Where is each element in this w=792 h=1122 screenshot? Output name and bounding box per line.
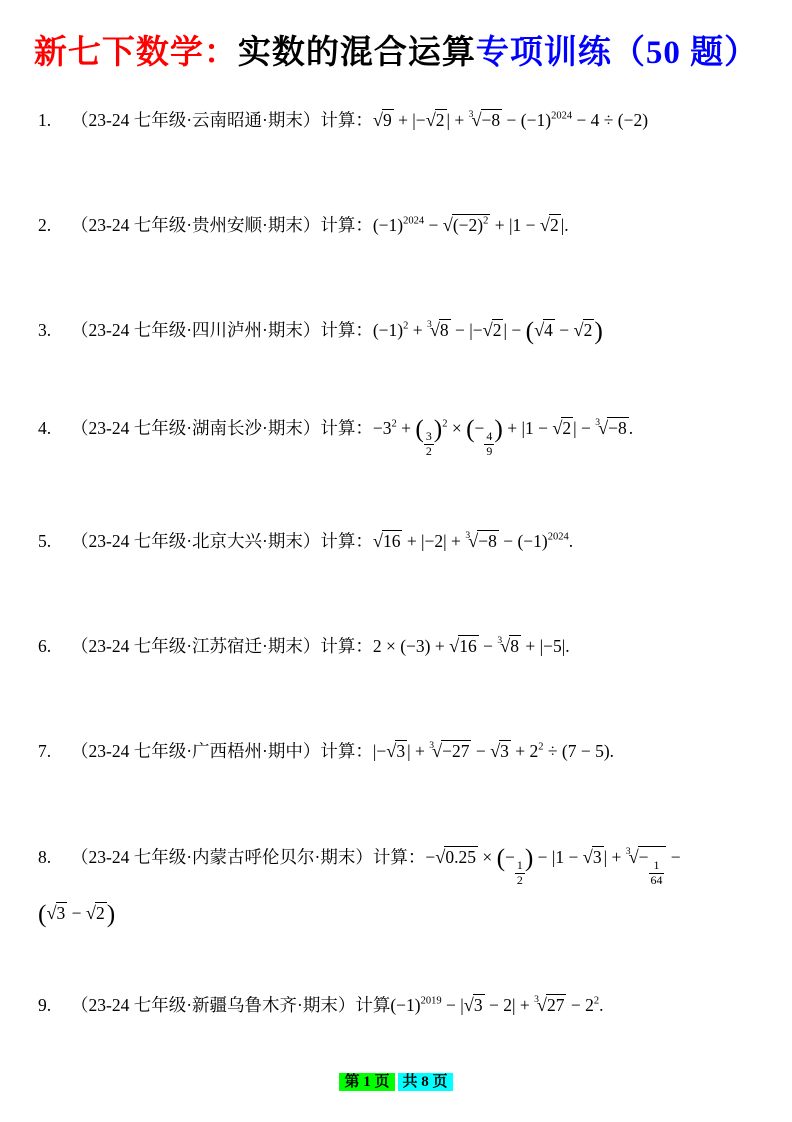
square-root: √2 (483, 316, 504, 344)
title-segment-blue: 专项训练（50 题） (476, 35, 758, 71)
problem-expression: |−√3| + 3√−27 − √3 + 22 ÷ (7 − 5). (373, 741, 614, 761)
problem-body: （23-24 七年级·内蒙古呼伦贝尔·期末）计算：−√0.25 × (−12) … (71, 843, 754, 887)
problem-source: （23-24 七年级·湖南长沙·期末）计算： (71, 418, 373, 438)
problem-source: （23-24 七年级·广西梧州·期中）计算： (71, 741, 373, 761)
problem: 9. （23-24 七年级·新疆乌鲁木齐·期末）计算(−1)2019 − |√3… (38, 991, 754, 1019)
page-number-badge: 第 1 页 (339, 1073, 394, 1091)
big-paren: ) (525, 847, 533, 870)
problem-body: （23-24 七年级·北京大兴·期末）计算：√16 + |−2| + 3√−8 … (71, 527, 754, 555)
square-root: √2 (552, 414, 573, 442)
problem-number: 2. (38, 212, 71, 239)
square-root: √2 (426, 106, 447, 134)
fraction: 12 (515, 859, 525, 887)
problem-body: （23-24 七年级·云南昭通·期末）计算：√9 + |−√2| + 3√−8 … (71, 106, 754, 134)
problem: 4. （23-24 七年级·湖南长沙·期末）计算：−32 + (32)2 × (… (38, 414, 754, 458)
problem: 3. （23-24 七年级·四川泸州·期末）计算：(−1)2 + 3√8 − |… (38, 316, 754, 344)
big-paren: ) (434, 418, 442, 441)
problem-number: 7. (38, 738, 71, 765)
problem: 1. （23-24 七年级·云南昭通·期末）计算：√9 + |−√2| + 3√… (38, 106, 754, 134)
square-root: √3 (583, 843, 604, 871)
problem-row: 7. （23-24 七年级·广西梧州·期中）计算：|−√3| + 3√−27 −… (38, 737, 754, 765)
problem-body: （23-24 七年级·新疆乌鲁木齐·期末）计算(−1)2019 − |√3 − … (71, 991, 754, 1019)
problem-expression: √9 + |−√2| + 3√−8 − (−1)2024 − 4 ÷ (−2) (373, 110, 648, 130)
big-paren: ) (494, 418, 502, 441)
problem-expression: (−1)2 + 3√8 − |−√2| − (√4 − √2) (373, 320, 603, 340)
problem-row: 3. （23-24 七年级·四川泸州·期末）计算：(−1)2 + 3√8 − |… (38, 316, 754, 344)
problem-expression: (−1)2019 − |√3 − 2| + 3√27 − 22. (390, 995, 603, 1015)
problem-expression: −√0.25 × (−12) − |1 − √3| + 3√−164 − (425, 847, 680, 867)
problem-source: （23-24 七年级·云南昭通·期末）计算： (71, 110, 373, 130)
superscript: 2 (442, 419, 447, 430)
square-root: √4 (534, 316, 555, 344)
cube-root: 3√−164 (626, 843, 667, 887)
square-root: √2 (86, 899, 107, 927)
square-root: √2 (540, 211, 561, 239)
square-root: √3 (386, 737, 407, 765)
problem-body: （23-24 七年级·贵州安顺·期末）计算：(−1)2024 − √(−2)2 … (71, 211, 754, 239)
problem-number: 4. (38, 415, 71, 442)
problem: 8. （23-24 七年级·内蒙古呼伦贝尔·期末）计算：−√0.25 × (−1… (38, 843, 754, 928)
big-paren: ( (38, 903, 46, 926)
cube-root: 3√−8 (469, 106, 503, 134)
cube-root: 3√−8 (465, 527, 499, 555)
problem-body: （23-24 七年级·江苏宿迁·期末）计算：2 × (−3) + √16 − 3… (71, 632, 754, 660)
square-root: √16 (373, 527, 403, 555)
fraction: 49 (484, 430, 494, 458)
square-root: √16 (449, 632, 479, 660)
square-root: √9 (373, 106, 394, 134)
square-root: √3 (46, 899, 67, 927)
square-root: √3 (490, 737, 511, 765)
problem-expression: −32 + (32)2 × (−49) + |1 − √2| − 3√−8. (373, 418, 633, 438)
problem-row: 5. （23-24 七年级·北京大兴·期末）计算：√16 + |−2| + 3√… (38, 527, 754, 555)
fraction: 164 (649, 859, 665, 887)
superscript: 2 (403, 321, 408, 332)
problem-source: （23-24 七年级·内蒙古呼伦贝尔·期末）计算： (71, 847, 425, 867)
cube-root: 3√−8 (595, 414, 629, 442)
big-paren: ) (107, 903, 115, 926)
superscript: 2024 (403, 216, 424, 227)
problem-row: 2. （23-24 七年级·贵州安顺·期末）计算：(−1)2024 − √(−2… (38, 211, 754, 239)
problem: 7. （23-24 七年级·广西梧州·期中）计算：|−√3| + 3√−27 −… (38, 737, 754, 765)
problem: 6. （23-24 七年级·江苏宿迁·期末）计算：2 × (−3) + √16 … (38, 632, 754, 660)
square-root: √2 (574, 316, 595, 344)
problem-row: 8. （23-24 七年级·内蒙古呼伦贝尔·期末）计算：−√0.25 × (−1… (38, 843, 754, 887)
problem-source: （23-24 七年级·贵州安顺·期末）计算： (71, 215, 373, 235)
problem-number: 5. (38, 528, 71, 555)
problem-body: （23-24 七年级·四川泸州·期末）计算：(−1)2 + 3√8 − |−√2… (71, 316, 754, 344)
fraction: 32 (424, 430, 434, 458)
problem-expression: √16 + |−2| + 3√−8 − (−1)2024. (373, 531, 573, 551)
superscript: 2019 (421, 996, 442, 1007)
problem-row: 9. （23-24 七年级·新疆乌鲁木齐·期末）计算(−1)2019 − |√3… (38, 991, 754, 1019)
superscript: 2024 (551, 111, 572, 122)
problem-body: （23-24 七年级·湖南长沙·期末）计算：−32 + (32)2 × (−49… (71, 414, 754, 458)
problem-number: 1. (38, 107, 71, 134)
problem-expression-line2: (√3 − √2) (38, 899, 754, 927)
problem-number: 8. (38, 844, 71, 871)
problem-number: 6. (38, 633, 71, 660)
cube-root: 3√8 (497, 632, 521, 660)
superscript: 2 (594, 996, 599, 1007)
square-root: √(−2)2 (443, 211, 491, 239)
superscript: 2 (391, 419, 396, 430)
page-title: 新七下数学：实数的混合运算专项训练（50 题） (0, 26, 792, 73)
problem-row: 6. （23-24 七年级·江苏宿迁·期末）计算：2 × (−3) + √16 … (38, 632, 754, 660)
superscript: 2024 (548, 532, 569, 543)
problem-source: （23-24 七年级·江苏宿迁·期末）计算： (71, 636, 373, 656)
problem-number: 9. (38, 992, 71, 1019)
problem-expression: 2 × (−3) + √16 − 3√8 + |−5|. (373, 636, 570, 656)
problem-body: （23-24 七年级·广西梧州·期中）计算：|−√3| + 3√−27 − √3… (71, 737, 754, 765)
cube-root: 3√27 (534, 991, 566, 1019)
title-segment-red: 新七下数学： (34, 35, 238, 71)
problem-source: （23-24 七年级·四川泸州·期末）计算： (71, 320, 373, 340)
cube-root: 3√−27 (429, 737, 471, 765)
problem: 5. （23-24 七年级·北京大兴·期末）计算：√16 + |−2| + 3√… (38, 527, 754, 555)
superscript: 2 (538, 742, 543, 753)
problem-source: （23-24 七年级·北京大兴·期末）计算： (71, 531, 373, 551)
problem-row: 4. （23-24 七年级·湖南长沙·期末）计算：−32 + (32)2 × (… (38, 414, 754, 458)
big-paren: ( (497, 847, 505, 870)
problem-row: 1. （23-24 七年级·云南昭通·期末）计算：√9 + |−√2| + 3√… (38, 106, 754, 134)
problem: 2. （23-24 七年级·贵州安顺·期末）计算：(−1)2024 − √(−2… (38, 211, 754, 239)
title-segment-black: 实数的混合运算 (238, 35, 476, 71)
cube-root: 3√8 (427, 316, 451, 344)
problem-number: 3. (38, 317, 71, 344)
big-paren: ( (526, 320, 534, 343)
square-root: √0.25 (435, 843, 478, 871)
square-root: √3 (464, 991, 485, 1019)
big-paren: ( (466, 418, 474, 441)
page-footer: 第 1 页共 8 页 (0, 1072, 792, 1093)
problem-expression: (−1)2024 − √(−2)2 + |1 − √2|. (373, 215, 569, 235)
big-paren: ( (415, 418, 423, 441)
problem-source: （23-24 七年级·新疆乌鲁木齐·期末）计算 (71, 995, 390, 1015)
superscript: 2 (483, 216, 488, 227)
big-paren: ) (594, 320, 602, 343)
total-pages-badge: 共 8 页 (398, 1073, 453, 1091)
